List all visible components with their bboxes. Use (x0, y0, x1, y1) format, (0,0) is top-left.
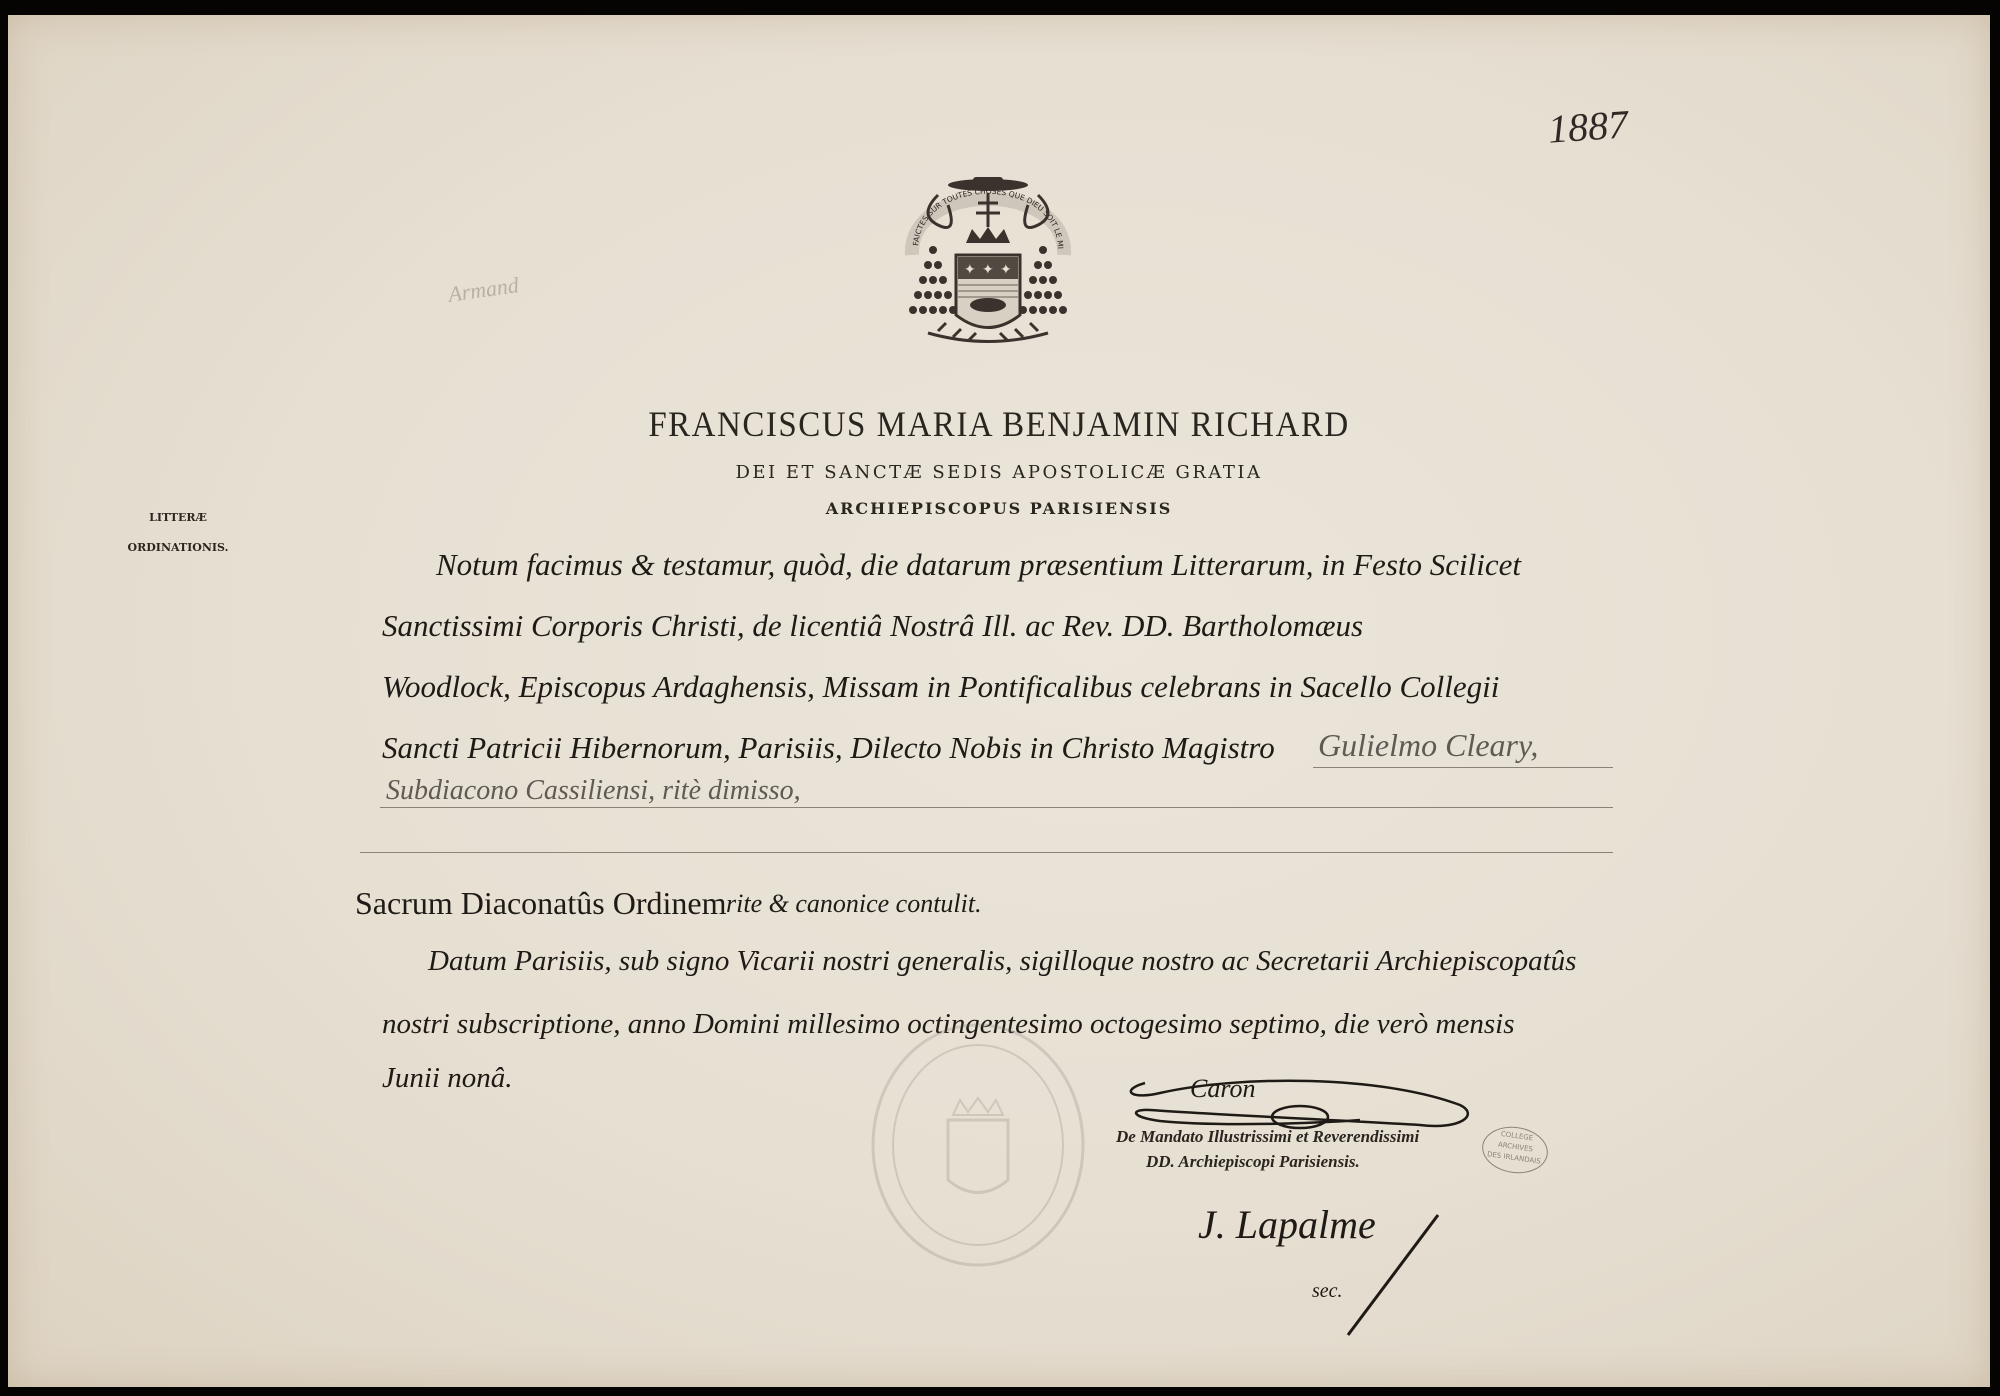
fill-line-3 (360, 852, 1613, 853)
fill-line-2 (380, 807, 1613, 808)
handwritten-recipient-name: Gulielmo Cleary, (1318, 727, 1538, 764)
svg-text:✦: ✦ (964, 263, 976, 278)
secretary-suffix: sec. (1312, 1280, 1343, 1303)
svg-text:✦: ✦ (1000, 263, 1012, 278)
body-line-3: Woodlock, Episcopus Ardaghensis, Missam … (382, 669, 1499, 705)
pencil-mark: Armand (447, 272, 521, 308)
archive-stamp: COLLEGE ARCHIVES DES IRLANDAIS (1479, 1123, 1551, 1178)
mandate-line-1: De Mandato Illustrissimi et Reverendissi… (1116, 1127, 1419, 1147)
archbishop-name: FRANCISCUS MARIA BENJAMIN RICHARD (8, 405, 1990, 446)
mandate-line-2: DD. Archiepiscopi Parisiensis. (1146, 1152, 1360, 1172)
year-annotation: 1887 (1546, 100, 1629, 152)
signature-flourish-icon (1338, 1210, 1448, 1340)
body-line-1: Notum facimus & testamur, quòd, die data… (436, 547, 1521, 583)
fill-line-1 (1313, 767, 1613, 768)
handwritten-line-2: Subdiacono Cassiliensi, ritè dimisso, (386, 775, 801, 807)
certificate-paper: Armand 1887 FAICTES SUR TOUTES CHOSES QU… (8, 15, 1990, 1387)
order-name: Sacrum Diaconatûs Ordinem (355, 885, 726, 922)
margin-label-line2: ORDINATIONIS. (108, 541, 248, 554)
body-line-2: Sanctissimi Corporis Christi, de licenti… (382, 608, 1363, 644)
body-line-4: Sancti Patricii Hibernorum, Parisiis, Di… (382, 730, 1275, 766)
svg-text:Caron: Caron (1190, 1074, 1256, 1103)
margin-label-line1: LITTERÆ (108, 511, 248, 524)
dating-line-1: Datum Parisiis, sub signo Vicarii nostri… (428, 945, 1576, 978)
dating-line-3: Junii nonâ. (382, 1062, 513, 1095)
vicar-signature-icon: Caron (1120, 1065, 1490, 1135)
coat-of-arms-icon: FAICTES SUR TOUTES CHOSES QUE DIEU SOIT … (898, 155, 1078, 365)
embossed-seal-icon (868, 1020, 1088, 1270)
header-subtitle: DEI ET SANCTÆ SEDIS APOSTOLICÆ GRATIA (8, 462, 1990, 483)
svg-text:✦: ✦ (982, 263, 994, 278)
header-office: ARCHIEPISCOPUS PARISIENSIS (8, 499, 1990, 518)
order-conferral: rite & canonice contulit. (726, 889, 982, 919)
